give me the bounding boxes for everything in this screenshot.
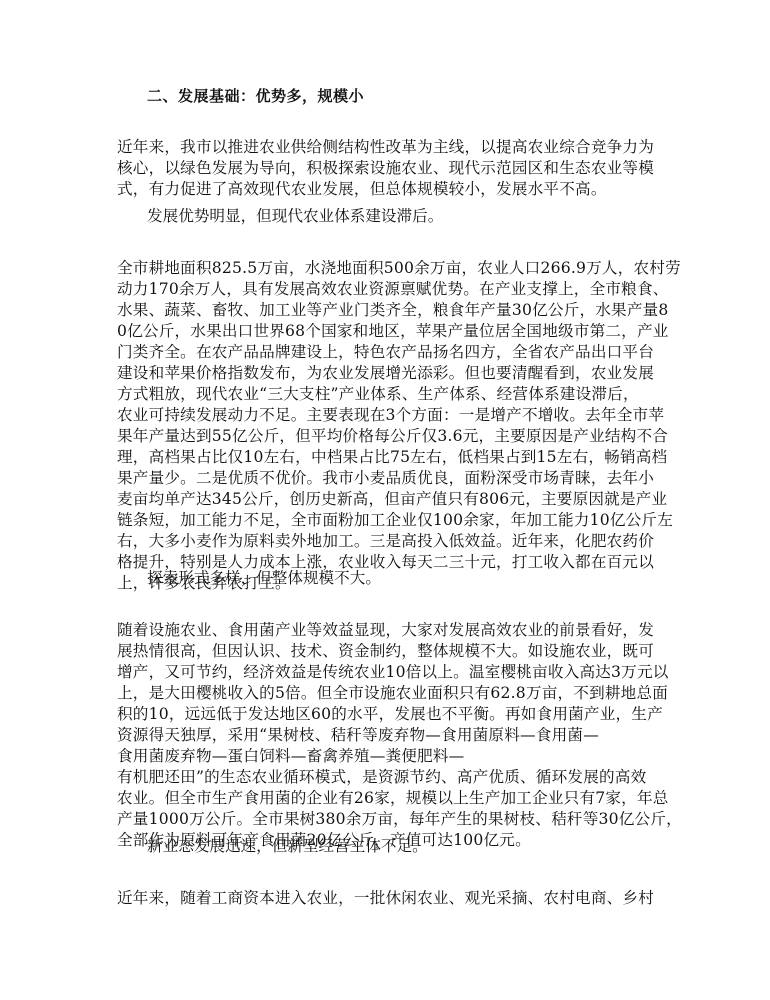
text-line: 近年来，我市以推进农业供给侧结构性改革为主线，以提高农业综合竞争力为	[117, 137, 657, 158]
text-line: 动力170余万人，具有发展高效农业资源禀赋优势。在产业支撑上，全市粮食、	[117, 279, 657, 300]
text-line: 展热情很高，但因认识、技术、资金制约，整体规模不大。如设施农业，既可	[117, 641, 657, 662]
text-line: 麦亩均单产达345公斤，创历史新高，但亩产值只有806元，主要原因就是产业	[117, 489, 657, 510]
subheading-new-business: 新业态发展迅速，但新型经营主体不足。	[147, 836, 428, 857]
text-line: 水果、蔬菜、畜牧、加工业等产业门类齐全，粮食年产量30亿公斤，水果产量8	[117, 300, 657, 321]
text-line: 农业。但全市生产食用菌的企业有26家，规模以上生产加工企业只有7家，年总	[117, 788, 657, 809]
text-line: 产量1000万公斤。全市果树380余万亩，每年产生的果树枝、秸秆等30亿公斤，	[117, 809, 657, 830]
text-line: 0亿公斤，水果出口世界68个国家和地区，苹果产量位居全国地级市第二，产业	[117, 321, 657, 342]
text-line: 链条短，加工能力不足，全市面粉加工企业仅100余家，年加工能力10亿公斤左	[117, 510, 657, 531]
subheading-exploration: 探索形式多样，但整体规模不大。	[147, 568, 381, 589]
text-line: 方式粗放，现代农业“三大支柱”产业体系、生产体系、经营体系建设滞后，	[117, 384, 657, 405]
subheading-advantages: 发展优势明显，但现代农业体系建设滞后。	[147, 206, 443, 227]
text-line: 积的10，远远低于发达地区60的水平，发展也不平衡。再如食用菌产业，生产	[117, 704, 657, 725]
text-line: 式，有力促进了高效现代农业发展，但总体规模较小，发展水平不高。	[117, 179, 657, 200]
paragraph-advantages: 全市耕地面积825.5万亩，水浇地面积500余万亩，农业人口266.9万人，农村…	[117, 258, 657, 594]
text-line: 上，是大田樱桃收入的5倍。但全市设施农业面积只有62.8万亩，不到耕地总面	[117, 683, 657, 704]
text-line: 资源得天独厚，采用“果树枝、秸秆等废弃物—食用菌原料—食用菌—	[117, 725, 657, 746]
text-line: 右，大多小麦作为原料卖外地加工。三是高投入低效益。近年来，化肥农药价	[117, 531, 657, 552]
paragraph-exploration: 随着设施农业、食用菌产业等效益显现，大家对发展高效农业的前景看好，发 展热情很高…	[117, 620, 657, 851]
text-line: 有机肥还田”的生态农业循环模式，是资源节约、高产优质、循环发展的高效	[117, 767, 657, 788]
section-heading: 二、发展基础：优势多，规模小	[147, 85, 364, 106]
text-line: 果产量少。二是优质不优价。我市小麦品质优良，面粉深受市场青睐，去年小	[117, 468, 657, 489]
text-line: 建设和苹果价格指数发布，为农业发展增光添彩。但也要清醒看到，农业发展	[117, 363, 657, 384]
text-line: 增产，又可节约，经济效益是传统农业10倍以上。温室樱桃亩收入高达3万元以	[117, 662, 657, 683]
text-line: 核心，以绿色发展为导向，积极探索设施农业、现代示范园区和生态农业等模	[117, 158, 657, 179]
text-line: 食用菌废弃物—蛋白饲料—畜禽养殖—粪便肥料—	[117, 746, 657, 767]
text-line: 理，高档果占比仅10左右，中档果占比75左右，低档果占到15左右，畅销高档	[117, 447, 657, 468]
paragraph-new-business: 近年来，随着工商资本进入农业，一批休闲农业、观光采摘、农村电商、乡村	[117, 888, 657, 909]
text-line: 全市耕地面积825.5万亩，水浇地面积500余万亩，农业人口266.9万人，农村…	[117, 258, 657, 279]
text-line: 果年产量达到55亿公斤，但平均价格每公斤仅3.6元，主要原因是产业结构不合	[117, 426, 657, 447]
intro-paragraph: 近年来，我市以推进农业供给侧结构性改革为主线，以提高农业综合竞争力为 核心，以绿…	[117, 137, 657, 200]
text-line: 随着设施农业、食用菌产业等效益显现，大家对发展高效农业的前景看好，发	[117, 620, 657, 641]
text-line: 近年来，随着工商资本进入农业，一批休闲农业、观光采摘、农村电商、乡村	[117, 888, 657, 909]
text-line: 门类齐全。在农产品品牌建设上，特色农产品扬名四方，全省农产品出口平台	[117, 342, 657, 363]
text-line: 农业可持续发展动力不足。主要表现在3个方面：一是增产不增收。去年全市苹	[117, 405, 657, 426]
